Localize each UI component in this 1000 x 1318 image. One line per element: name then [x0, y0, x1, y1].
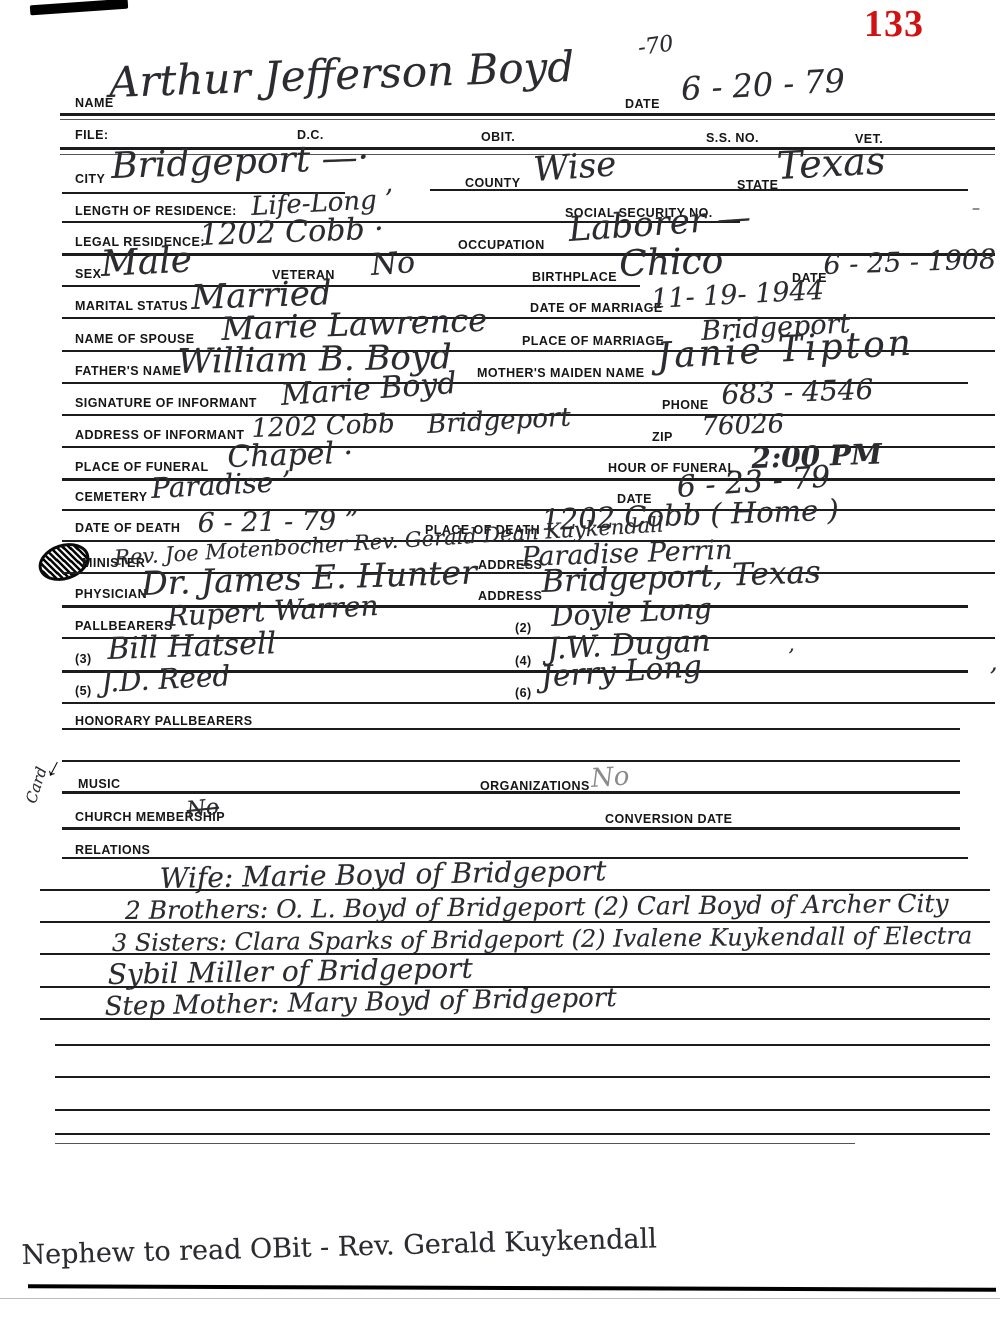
footer-note: Nephew to read OBit - Rev. Gerald Kuyken… [21, 1223, 657, 1271]
label-fathers-name: FATHER'S NAME [75, 364, 182, 378]
label-physician: PHYSICIAN [75, 587, 147, 601]
label-date-of-marriage: DATE OF MARRIAGE [530, 301, 663, 315]
value-address-of-informant-city: Bridgeport [426, 403, 571, 440]
value-state: Texas [776, 138, 887, 188]
value-pallbearer-5: J.D. Reed [100, 659, 231, 699]
scan-mark-dash: – [972, 198, 980, 217]
rule-line [62, 760, 960, 762]
rule-line [55, 1109, 990, 1111]
scan-mark-tick: ’ [788, 644, 794, 668]
label-ss-no: S.S. NO. [706, 131, 759, 145]
margin-note-card: Card [22, 765, 51, 806]
value-city: Bridgeport —· [111, 137, 370, 187]
scan-artifact-topleft [30, 0, 128, 15]
label-place-of-marriage: PLACE OF MARRIAGE [522, 334, 664, 348]
value-name: Arthur Jefferson Boyd [108, 42, 575, 107]
value-name-date-superscript: -70 [637, 31, 676, 61]
page-number: 133 [864, 2, 924, 46]
scanned-funeral-record-page: 133 NAME Arthur Jefferson Boyd DATE -70 … [0, 0, 1000, 1318]
rule-line [62, 285, 640, 287]
value-birthplace: Chico [619, 240, 724, 285]
label-honorary-pallbearers: HONORARY PALLBEARERS [75, 714, 253, 728]
rule-line [60, 113, 995, 116]
label-marital-status: MARITAL STATUS [75, 299, 188, 313]
rule-line [55, 1044, 990, 1046]
label-birthplace: BIRTHPLACE [532, 270, 617, 284]
rule-line [40, 1018, 990, 1020]
value-veteran: No [370, 245, 417, 283]
label-file: FILE: [75, 128, 109, 142]
value-cemetery: Paradise ’ [150, 465, 292, 505]
label-pallbearer-6: (6) [515, 686, 532, 700]
label-city: CITY [75, 172, 105, 186]
rule-line [40, 953, 990, 955]
scan-mark-edge: , [990, 648, 998, 676]
value-sex: Male [100, 239, 193, 285]
label-signature-of-informant: SIGNATURE OF INFORMANT [75, 396, 257, 410]
value-organizations: No [590, 761, 630, 794]
label-length-of-residence: LENGTH OF RESIDENCE: [75, 204, 237, 218]
rule-line [62, 791, 960, 794]
label-conversion-date: CONVERSION DATE [605, 812, 732, 826]
label-address-of-informant: ADDRESS OF INFORMANT [75, 428, 244, 442]
label-pallbearer-2: (2) [515, 621, 532, 635]
value-church-membership: No [185, 795, 220, 823]
value-county: Wise [532, 144, 617, 190]
label-sex: SEX [75, 267, 101, 281]
label-physician-address: ADDRESS [478, 589, 542, 603]
relations-line-3: 3 Sisters: Clara Sparks of Bridgeport (2… [112, 921, 973, 957]
label-name-date: DATE [625, 97, 660, 111]
label-date-of-death: DATE OF DEATH [75, 521, 180, 535]
label-phone: PHONE [662, 398, 709, 412]
rule-line [60, 119, 995, 120]
label-obit: OBIT. [481, 130, 515, 144]
value-name-date: 6 - 20 - 79 [680, 61, 846, 108]
label-cemetery: CEMETERY [75, 490, 148, 504]
label-music: MUSIC [78, 777, 121, 791]
relations-line-2: 2 Brothers: O. L. Boyd of Bridgeport (2)… [125, 889, 949, 925]
value-zip: 76026 [701, 409, 785, 442]
label-zip: ZIP [652, 430, 673, 444]
label-pallbearer-5: (5) [75, 684, 92, 698]
label-mothers-maiden-name: MOTHER'S MAIDEN NAME [477, 366, 645, 380]
label-county: COUNTY [465, 176, 520, 190]
rule-line [0, 1298, 1000, 1299]
rule-line [55, 1133, 990, 1135]
rule-line [62, 827, 960, 830]
rule-line [430, 189, 968, 191]
label-pallbearer-3: (3) [75, 652, 92, 666]
label-pallbearer-4: (4) [515, 654, 532, 668]
label-name: NAME [75, 96, 114, 110]
label-relations: RELATIONS [75, 843, 150, 857]
rule-line [62, 317, 995, 319]
value-legal-residence: 1202 Cobb · [199, 212, 384, 253]
rule-line [55, 1143, 855, 1144]
scan-artifact-bottom-edge [28, 1284, 996, 1291]
label-occupation: OCCUPATION [458, 238, 545, 252]
rule-line [62, 702, 995, 704]
rule-line [62, 728, 960, 730]
value-mothers-maiden-name: Janie Tipton [656, 323, 915, 377]
rule-line [55, 1076, 990, 1078]
value-birth-date: 6 - 25 - 1908 [823, 244, 997, 281]
value-phone: 683 - 4546 [721, 373, 874, 411]
